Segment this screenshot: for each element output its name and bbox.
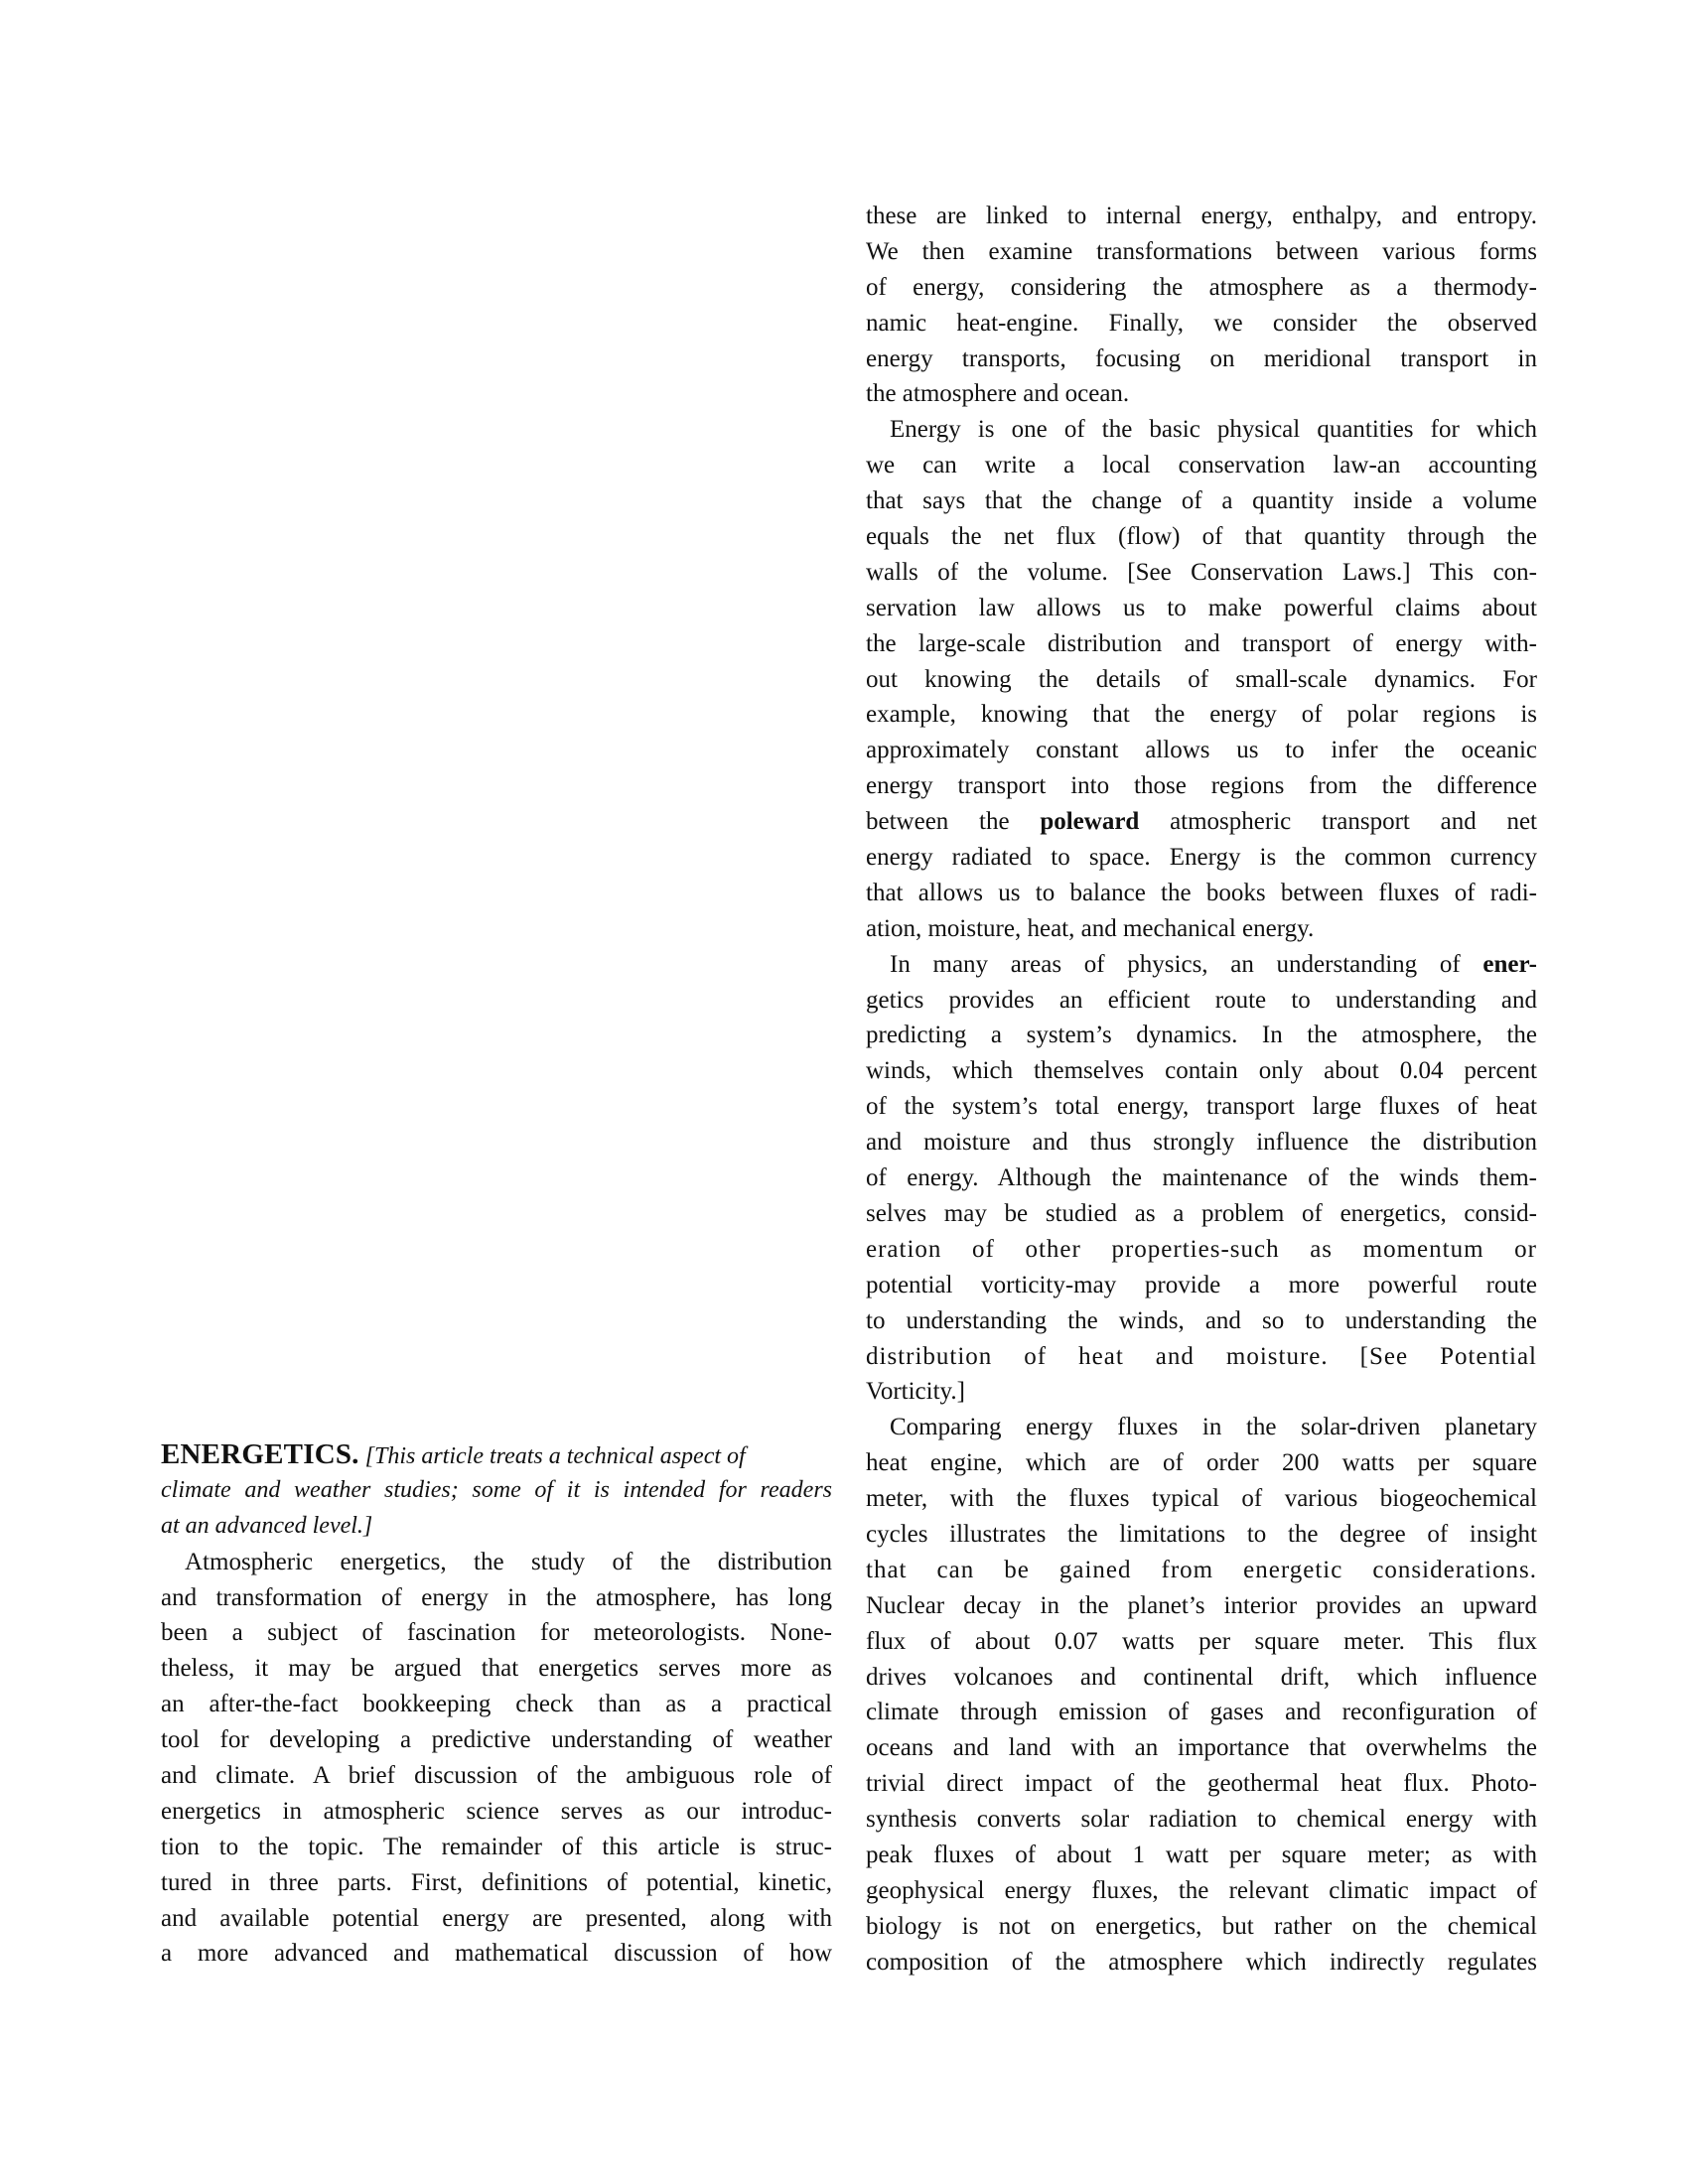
text-line: and available potential energy are prese… [161, 1901, 832, 1937]
text-line: heat engine, which are of order 200 watt… [866, 1445, 1537, 1481]
text-line: and climate. A brief discussion of the a… [161, 1758, 832, 1794]
text-line: of the system’s total energy, transport … [866, 1089, 1537, 1125]
text-segment: In many areas of physics, an understandi… [890, 951, 1482, 978]
text-line-with-bold: In many areas of physics, an understandi… [866, 947, 1537, 983]
text-line: theless, it may be argued that energetic… [161, 1651, 832, 1687]
text-segment: atmospheric transport and net [1139, 808, 1537, 835]
text-line: tured in three parts. First, definitions… [161, 1865, 832, 1901]
text-line: equals the net flux (flow) of that quant… [866, 519, 1537, 555]
text-line: We then examine transformations between … [866, 234, 1537, 270]
right-column: these are linked to internal energy, ent… [866, 199, 1537, 1980]
paragraph-dynamics: In many areas of physics, an understandi… [866, 947, 1537, 1411]
text-line: energy radiated to space. Energy is the … [866, 840, 1537, 876]
text-line: the atmosphere and ocean. [866, 376, 1537, 412]
text-segment: between the [866, 808, 1040, 835]
document-page: ENERGETICS. [This article treats a techn… [0, 0, 1691, 2184]
bold-term-energetics: ener- [1482, 951, 1537, 978]
text-line: walls of the volume. [See Conservation L… [866, 555, 1537, 591]
text-line: the large-scale distribution and transpo… [866, 626, 1537, 662]
text-line: servation law allows us to make powerful… [866, 591, 1537, 626]
paragraph-continuation: these are linked to internal energy, ent… [866, 199, 1537, 412]
text-line: ation, moisture, heat, and mechanical en… [866, 911, 1537, 947]
text-line: potential vorticity-may provide a more p… [866, 1268, 1537, 1303]
text-line: energetics in atmospheric science serves… [161, 1794, 832, 1830]
paragraph-intro: Atmospheric energetics, the study of the… [161, 1545, 832, 1973]
text-line: winds, which themselves contain only abo… [866, 1053, 1537, 1089]
text-line: these are linked to internal energy, ent… [866, 199, 1537, 234]
text-line: tool for developing a predictive underst… [161, 1722, 832, 1758]
text-line-with-bold: between the poleward atmospheric transpo… [866, 804, 1537, 840]
text-line: Nuclear decay in the planet’s interior p… [866, 1588, 1537, 1624]
text-line: energy transport into those regions from… [866, 768, 1537, 804]
text-line: we can write a local conservation law-an… [866, 448, 1537, 483]
text-line: predicting a system’s dynamics. In the a… [866, 1018, 1537, 1053]
paragraph-conservation: Energy is one of the basic physical quan… [866, 412, 1537, 946]
text-line: synthesis converts solar radiation to ch… [866, 1802, 1537, 1838]
paragraph-fluxes: Comparing energy fluxes in the solar-dri… [866, 1410, 1537, 1979]
text-line: trivial direct impact of the geothermal … [866, 1766, 1537, 1802]
text-line: getics provides an efficient route to un… [866, 983, 1537, 1019]
text-line: oceans and land with an importance that … [866, 1730, 1537, 1766]
text-line: flux of about 0.07 watts per square mete… [866, 1624, 1537, 1660]
text-line: and moisture and thus strongly influence… [866, 1125, 1537, 1160]
text-line: Vorticity.] [866, 1374, 1537, 1410]
text-line: and transformation of energy in the atmo… [161, 1580, 832, 1616]
text-line: Comparing energy fluxes in the solar-dri… [866, 1410, 1537, 1445]
text-line: out knowing the details of small-scale d… [866, 662, 1537, 698]
text-line: namic heat-engine. Finally, we consider … [866, 306, 1537, 341]
article-note-line: climate and weather studies; some of it … [161, 1473, 832, 1509]
article-note: [This article treats a technical aspect … [359, 1443, 746, 1469]
text-line: peak fluxes of about 1 watt per square m… [866, 1838, 1537, 1873]
text-line: a more advanced and mathematical discuss… [161, 1936, 832, 1972]
left-column: ENERGETICS. [This article treats a techn… [161, 1437, 832, 1972]
text-line: composition of the atmosphere which indi… [866, 1945, 1537, 1980]
text-line: approximately constant allows us to infe… [866, 733, 1537, 768]
text-line: distribution of heat and moisture. [See … [866, 1339, 1537, 1375]
article-note-line: at an advanced level.] [161, 1509, 832, 1545]
text-line: Atmospheric energetics, the study of the… [161, 1545, 832, 1580]
text-line: that says that the change of a quantity … [866, 483, 1537, 519]
text-line: cycles illustrates the limitations to th… [866, 1517, 1537, 1553]
text-line: meter, with the fluxes typical of variou… [866, 1481, 1537, 1517]
article-heading-line: ENERGETICS. [This article treats a techn… [161, 1437, 832, 1473]
text-line: geophysical energy fluxes, the relevant … [866, 1873, 1537, 1909]
text-line: energy transports, focusing on meridiona… [866, 341, 1537, 377]
text-line: tion to the topic. The remainder of this… [161, 1830, 832, 1865]
text-line: eration of other properties-such as mome… [866, 1232, 1537, 1268]
bold-term-poleward: poleward [1040, 808, 1139, 835]
text-line: that can be gained from energetic consid… [866, 1553, 1537, 1588]
text-line: selves may be studied as a problem of en… [866, 1196, 1537, 1232]
text-line: Energy is one of the basic physical quan… [866, 412, 1537, 448]
text-line: of energy, considering the atmosphere as… [866, 270, 1537, 306]
text-line: drives volcanoes and continental drift, … [866, 1660, 1537, 1696]
text-line: of energy. Although the maintenance of t… [866, 1160, 1537, 1196]
text-line: to understanding the winds, and so to un… [866, 1303, 1537, 1339]
text-line: climate through emission of gases and re… [866, 1695, 1537, 1730]
article-title: ENERGETICS. [161, 1438, 359, 1470]
text-line: biology is not on energetics, but rather… [866, 1909, 1537, 1945]
text-line: been a subject of fascination for meteor… [161, 1615, 832, 1651]
text-line: an after-the-fact bookkeeping check than… [161, 1687, 832, 1722]
text-line: example, knowing that the energy of pola… [866, 697, 1537, 733]
text-line: that allows us to balance the books betw… [866, 876, 1537, 911]
